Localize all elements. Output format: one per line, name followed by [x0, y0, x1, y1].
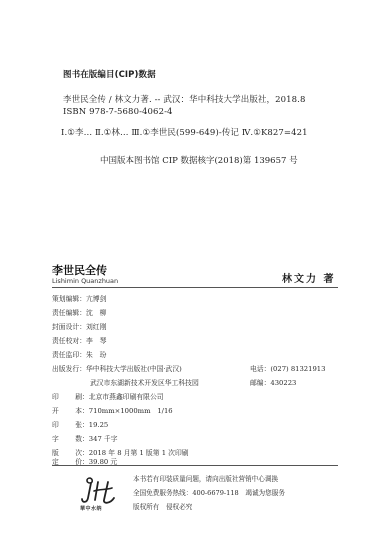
cip-check-number: 中国版本图书馆 CIP 数据核字(2018)第 139657 号 — [100, 154, 298, 166]
spec-row: 印张：19.25 — [52, 419, 108, 429]
credit-label: 封面设计 — [52, 323, 79, 331]
spec-label: 印张 — [52, 419, 82, 429]
spec-value: 19.25 — [89, 421, 108, 429]
spec-value: 347 千字 — [89, 435, 118, 443]
credit-value: 刘红刚 — [86, 323, 106, 331]
credit-label: 责任校对 — [52, 337, 79, 345]
credit-value: 华中科技大学出版社(中国·武汉) — [86, 365, 182, 373]
notice-copyright: 版权所有 侵权必究 — [133, 501, 192, 511]
credit-label: 策划编辑 — [52, 295, 79, 303]
credit-row: 责任校对：李 琴 — [52, 335, 106, 345]
credit-value: 沈 柳 — [86, 309, 106, 317]
spec-value: 710mm×1000mm 1/16 — [89, 407, 173, 415]
divider-bottom — [52, 465, 338, 466]
credit-row: 责任监印：朱 玢 — [52, 349, 106, 359]
cip-title-line: 李世民全传 / 林文力著. -- 武汉：华中科技大学出版社，2018.8 — [63, 93, 305, 105]
credit-label: 责任监印 — [52, 351, 79, 359]
publisher-address: 武汉市东湖新技术开发区华工科技园 — [90, 377, 199, 387]
spec-row: 字数：347 千字 — [52, 433, 118, 443]
credit-label: 出版发行 — [52, 365, 79, 373]
credit-row: 封面设计：刘红刚 — [52, 321, 106, 331]
credit-value: 朱 玢 — [86, 351, 106, 359]
divider-top — [52, 287, 338, 288]
cip-classification: Ⅰ.①李… Ⅱ.①林… Ⅲ.①李世民(599-649)-传记 Ⅳ.①K827=4… — [61, 126, 308, 138]
credit-row: 出版发行：华中科技大学出版社(中国·武汉) — [52, 363, 182, 373]
notice-quality: 本书若有印装质量问题，请向出版社营销中心调换 — [133, 473, 278, 483]
spec-row: 印刷：北京市燕鑫印刷有限公司 — [52, 391, 164, 401]
spec-value: 北京市燕鑫印刷有限公司 — [89, 393, 164, 401]
logo-caption: 華中水纳 — [80, 505, 102, 512]
book-title: 李世民全传 — [52, 262, 107, 278]
spec-row: 开本：710mm×1000mm 1/16 — [52, 405, 173, 415]
notice-hotline: 全国免费服务热线：400-6679-118 竭诚为您服务 — [133, 487, 285, 497]
credit-value: 亢博剑 — [86, 295, 106, 303]
spec-label: 印刷 — [52, 391, 82, 401]
credit-row: 策划编辑：亢博剑 — [52, 293, 106, 303]
book-author: 林文力 著 — [282, 270, 335, 285]
spec-label: 开本 — [52, 405, 82, 415]
credit-label: 责任编辑 — [52, 309, 79, 317]
cip-isbn: ISBN 978-7-5680-4062-4 — [63, 107, 173, 117]
publisher-postcode: 邮编：430223 — [250, 377, 296, 387]
cip-heading: 图书在版编目(CIP)数据 — [63, 68, 156, 80]
credit-row: 责任编辑：沈 柳 — [52, 307, 106, 317]
spec-label: 字数 — [52, 433, 82, 443]
credit-value: 李 琴 — [86, 337, 106, 345]
publisher-phone: 电话：(027) 81321913 — [250, 363, 325, 373]
book-pinyin: Lishimin Quanzhuan — [52, 277, 118, 285]
